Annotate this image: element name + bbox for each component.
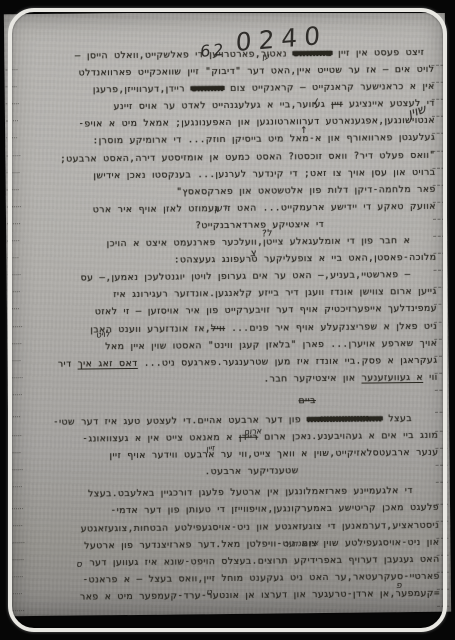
margin-tick: [432, 167, 444, 168]
handwritten-note-insertion-den: דען: [214, 203, 228, 214]
margin-tick: [9, 377, 23, 378]
margin-tick: [6, 86, 17, 87]
margin-tick: [7, 206, 21, 207]
page-number-suffix: 62: [200, 40, 227, 61]
margin-tick: [432, 82, 444, 83]
margin-tick: [9, 452, 20, 453]
handwritten-note-insertion-tes: ט: [206, 588, 212, 598]
margin-tick: [431, 65, 443, 66]
margin-tick: [6, 120, 18, 121]
margin-tick: [433, 236, 445, 237]
margin-tick: [9, 394, 22, 395]
margin-tick: [11, 593, 22, 594]
margin-tick: [434, 338, 446, 339]
handwritten-note-insertion-in-ander: אין אנדער: [284, 538, 319, 549]
margin-tick: [437, 554, 449, 555]
margin-tick: [5, 69, 17, 70]
text-line: ביים: [21, 391, 438, 412]
margin-tick: [10, 542, 24, 543]
margin-tick: [7, 257, 18, 258]
handwritten-note-overwrite-arum: ארום: [244, 426, 262, 436]
text-block: זיצט פעסט אין זיין צאאאאט נאטור,פארטרויע…: [17, 44, 440, 606]
handwritten-note-check-mark: ✓: [311, 96, 321, 108]
margin-tick: [436, 503, 448, 504]
margin-tick: [436, 520, 448, 521]
margin-tick: [11, 559, 24, 560]
handwritten-note-insertion-pey: פ: [396, 581, 402, 591]
margin-tick: [10, 487, 22, 488]
margin-tick: [434, 304, 446, 305]
margin-tick: [435, 412, 447, 413]
margin-tick: [432, 99, 444, 100]
photo-top-shadow: [0, 0, 455, 13]
margin-tick: [432, 116, 444, 117]
margin-tick: [9, 416, 20, 417]
margin-tick: [9, 435, 21, 436]
margin-tick: [434, 321, 446, 322]
margin-tick: [8, 274, 21, 275]
text-line: שטענדיקער ארבעט.: [22, 461, 439, 482]
margin-tick: [8, 326, 22, 327]
margin-tick: [437, 606, 449, 607]
photo-bottom-shadow: [0, 614, 455, 640]
document-page: 0240 62 זיצט פעסט אין זיין צאאאאט נאטור,…: [4, 10, 451, 617]
margin-tick: [436, 482, 448, 483]
margin-tick: [432, 150, 444, 151]
margin-tick: [433, 219, 445, 220]
margin-tick: [6, 103, 19, 104]
margin-tick: [8, 291, 20, 292]
margin-tick: [8, 360, 20, 361]
margin-tick: [7, 172, 20, 173]
margin-tick: [437, 589, 449, 590]
margin-tick: [435, 431, 447, 432]
margin-tick: [7, 240, 19, 241]
margin-tick: [433, 184, 445, 185]
handwritten-note-insertion-samekh: ס: [76, 560, 82, 570]
photo-of-document: { "photo": { "background_color": "#06060…: [0, 0, 455, 640]
margin-tick: [11, 610, 24, 611]
handwritten-note-insertion-zayn: זיין: [205, 444, 215, 454]
margin-tick: [8, 309, 19, 310]
margin-tick: [437, 572, 449, 573]
margin-tick: [6, 155, 20, 156]
handwritten-note-overwrite-loyt: לויט: [96, 329, 111, 339]
margin-tick: [434, 287, 446, 288]
margin-tick: [433, 202, 445, 203]
margin-tick: [435, 448, 447, 449]
margin-tick: [436, 537, 448, 538]
margin-tick: [7, 223, 20, 224]
margin-tick: [10, 525, 22, 526]
margin-tick: [433, 253, 445, 254]
margin-tick: [435, 390, 447, 391]
margin-tick: [11, 576, 23, 577]
handwritten-note-insertion-tsadik: צ: [250, 248, 257, 259]
margin-tick: [6, 138, 17, 139]
margin-tick: [435, 373, 447, 374]
text-line: =קעמפער,אן ארדן-טרעגער און דערצו אן אונט…: [23, 585, 440, 606]
handwritten-note-caret-mark: ↑: [300, 126, 308, 136]
handwritten-note-insertion-lamed: ל?: [261, 228, 272, 239]
margin-tick: [432, 133, 444, 134]
margin-tick: [8, 343, 21, 344]
handwritten-note-insertion-en: ען: [262, 52, 270, 62]
margin-tick: [434, 355, 446, 356]
margin-tick: [7, 189, 19, 190]
margin-tick: [434, 270, 446, 271]
margin-tick: [10, 508, 23, 509]
margin-tick: [10, 469, 23, 470]
margin-tick: [436, 465, 448, 466]
